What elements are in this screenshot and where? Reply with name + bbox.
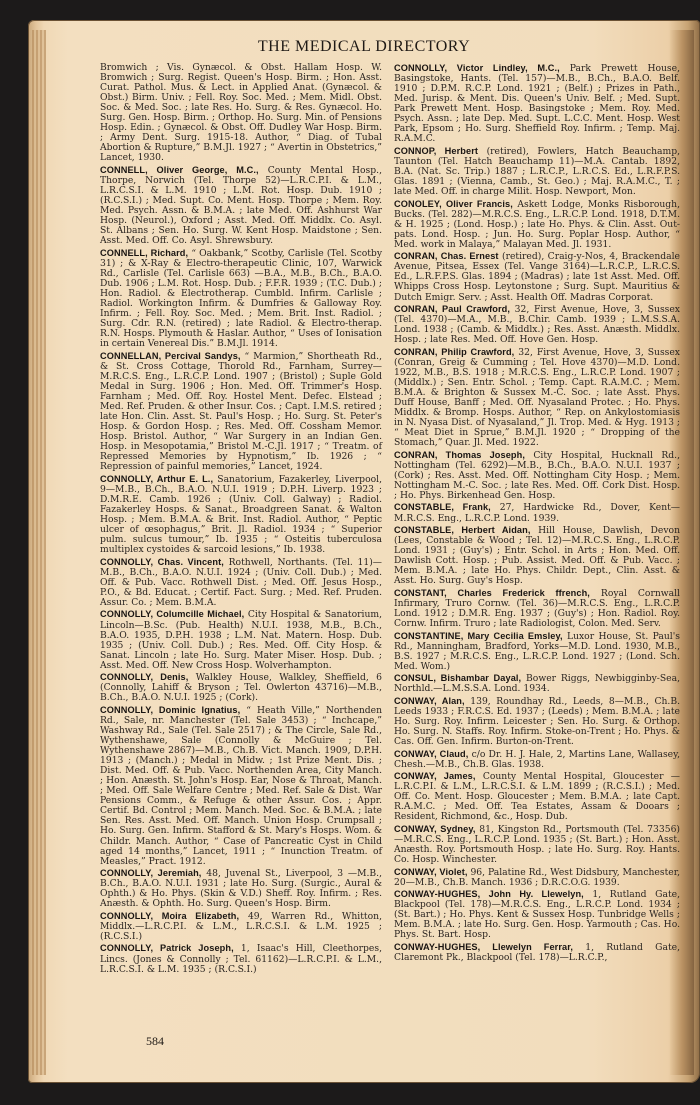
directory-entry: CONNELLAN, Percival Sandys, “ Marmion,” … — [100, 351, 382, 473]
entry-text: Sanatorium, Fazakerley, Liverpool, 9—M.B… — [100, 474, 382, 555]
directory-entry: CONWAY-HUGHES, Llewelyn Ferrar, 1, Rutla… — [394, 942, 680, 963]
directory-entry: CONSTANTINE, Mary Cecilia Emsley, Luxor … — [394, 631, 680, 672]
directory-entry: CONOLEY, Oliver Francis, Askett Lodge, M… — [394, 199, 680, 250]
directory-entry: CONNELL, Oliver George, M.C., County Men… — [100, 165, 382, 246]
entry-name: CONNOLLY, Arthur E. L., — [100, 474, 213, 484]
entry-name: CONNELL, Oliver George, M.C., — [100, 165, 259, 175]
entry-name: CONRAN, Thomas Joseph, — [394, 450, 525, 460]
directory-entry: Bromwich ; Vis. Gynæcol. & Obst. Hallam … — [100, 63, 382, 163]
directory-entry: CONSTABLE, Frank, 27, Hardwicke Rd., Dov… — [394, 502, 680, 523]
entry-name: CONWAY, James, — [394, 771, 476, 781]
book-page: THE MEDICAL DIRECTORY Bromwich ; Vis. Gy… — [28, 20, 700, 1083]
directory-entry: CONSTANT, Charles Frederick ffrench, Roy… — [394, 588, 680, 629]
entry-name: CONSTABLE, Frank, — [394, 502, 491, 512]
entry-name: CONNOLLY, Dominic Ignatius, — [100, 705, 240, 715]
directory-entry: CONNOLLY, Victor Lindley, M.C., Park Pre… — [394, 63, 680, 144]
directory-entry: CONNOLLY, Patrick Joseph, 1, Isaac's Hil… — [100, 943, 382, 974]
directory-entry: CONWAY, Violet, 96, Palatine Rd., West D… — [394, 867, 680, 888]
entry-name: CONWAY, Sydney, — [394, 824, 476, 834]
entry-text: “ Heath Ville,” Northenden Rd., Sale, nr… — [100, 705, 382, 867]
directory-entry: CONNOP, Herbert (retired), Fowlers, Hatc… — [394, 146, 680, 197]
directory-entry: CONWAY, Sydney, 81, Kingston Rd., Portsm… — [394, 824, 680, 865]
entry-name: CONOLEY, Oliver Francis, — [394, 199, 513, 209]
directory-entry: CONNOLLY, Arthur E. L., Sanatorium, Faza… — [100, 474, 382, 555]
directory-entry: CONSUL, Bishambar Dayal, Bower Riggs, Ne… — [394, 673, 680, 694]
entry-name: CONRAN, Chas. Ernest — [394, 251, 499, 261]
entry-text: County Mental Hosp., Thorpe, Norwich (Te… — [100, 165, 382, 246]
page-edge-left — [32, 30, 46, 1075]
text-columns: Bromwich ; Vis. Gynæcol. & Obst. Hallam … — [100, 63, 680, 1043]
entry-name: CONNOLLY, Denis, — [100, 672, 188, 682]
entry-name: CONSUL, Bishambar Dayal, — [394, 673, 521, 683]
entry-name: CONWAY, Alan, — [394, 696, 465, 706]
entry-name: CONNOLLY, Jeremiah, — [100, 868, 201, 878]
directory-entry: CONWAY-HUGHES, John Hy. Llewelyn, 1, Rut… — [394, 889, 680, 940]
directory-entry: CONNOLLY, Jeremiah, 48, Juvenal St., Liv… — [100, 868, 382, 909]
entry-name: CONWAY, Claud, — [394, 749, 468, 759]
directory-entry: CONRAN, Chas. Ernest (retired), Craig-y-… — [394, 251, 680, 302]
directory-entry: CONNOLLY, Columcille Michael, City Hospi… — [100, 609, 382, 670]
directory-entry: CONSTABLE, Herbert Aidan, Hill House, Da… — [394, 525, 680, 586]
entry-name: CONNOLLY, Chas. Vincent, — [100, 557, 224, 567]
entry-name: CONSTANTINE, Mary Cecilia Emsley, — [394, 631, 563, 641]
entry-name: CONWAY-HUGHES, Llewelyn Ferrar, — [394, 942, 573, 952]
directory-entry: CONWAY, Alan, 139, Roundhay Rd., Leeds, … — [394, 696, 680, 747]
entry-text: “ Oakbank,” Scotby, Carlisle (Tel. Scotb… — [100, 248, 382, 349]
entry-name: CONNOLLY, Patrick Joseph, — [100, 943, 234, 953]
entry-text: 32, First Avenue, Hove, 3, Sussex (Conra… — [394, 347, 680, 448]
entry-name: CONSTANT, Charles Frederick ffrench, — [394, 588, 590, 598]
directory-entry: CONRAN, Philip Crawford, 32, First Avenu… — [394, 347, 680, 448]
entry-name: CONRAN, Paul Crawford, — [394, 304, 510, 314]
entry-name: CONSTABLE, Herbert Aidan, — [394, 525, 531, 535]
running-header: THE MEDICAL DIRECTORY — [28, 38, 700, 56]
entry-name: CONRAN, Philip Crawford, — [394, 347, 514, 357]
entry-text: City Hospital & Sanatorium, Lincoln—B.Sc… — [100, 609, 382, 670]
entry-text: Park Prewett House, Basingstoke, Hants. … — [394, 63, 680, 144]
entry-text: “ Marmion,” Shortheath Rd., & St. Cross … — [100, 351, 382, 473]
entry-name: CONNOP, Herbert — [394, 146, 478, 156]
entry-name: CONNOLLY, Columcille Michael, — [100, 609, 244, 619]
directory-entry: CONNOLLY, Dominic Ignatius, “ Heath Vill… — [100, 705, 382, 867]
left-column: Bromwich ; Vis. Gynæcol. & Obst. Hallam … — [100, 63, 382, 1043]
entry-text: Hill House, Dawlish, Devon (Lees, Consta… — [394, 525, 680, 586]
directory-entry: CONRAN, Paul Crawford, 32, First Avenue,… — [394, 304, 680, 345]
directory-entry: CONWAY, James, County Mental Hospital, G… — [394, 771, 680, 822]
entry-name: CONNOLLY, Moira Elizabeth, — [100, 911, 239, 921]
entry-name: CONNOLLY, Victor Lindley, M.C., — [394, 63, 560, 73]
directory-entry: CONNOLLY, Denis, Walkley House, Walkley,… — [100, 672, 382, 703]
directory-entry: CONNOLLY, Chas. Vincent, Rothwell, North… — [100, 557, 382, 608]
page-number: 584 — [146, 1034, 164, 1049]
entry-name: CONWAY-HUGHES, John Hy. Llewelyn, — [394, 889, 584, 899]
directory-entry: CONWAY, Claud, c/o Dr. H. J. Hale, 2, Ma… — [394, 749, 680, 770]
directory-entry: CONNELL, Richard, “ Oakbank,” Scotby, Ca… — [100, 248, 382, 349]
entry-name: CONWAY, Violet, — [394, 867, 468, 877]
entry-name: CONNELL, Richard, — [100, 248, 188, 258]
entry-text: Bromwich ; Vis. Gynæcol. & Obst. Hallam … — [100, 62, 382, 163]
directory-entry: CONNOLLY, Moira Elizabeth, 49, Warren Rd… — [100, 911, 382, 942]
entry-name: CONNELLAN, Percival Sandys, — [100, 351, 241, 361]
directory-entry: CONRAN, Thomas Joseph, City Hospital, Hu… — [394, 450, 680, 501]
right-column: CONNOLLY, Victor Lindley, M.C., Park Pre… — [394, 63, 680, 1043]
